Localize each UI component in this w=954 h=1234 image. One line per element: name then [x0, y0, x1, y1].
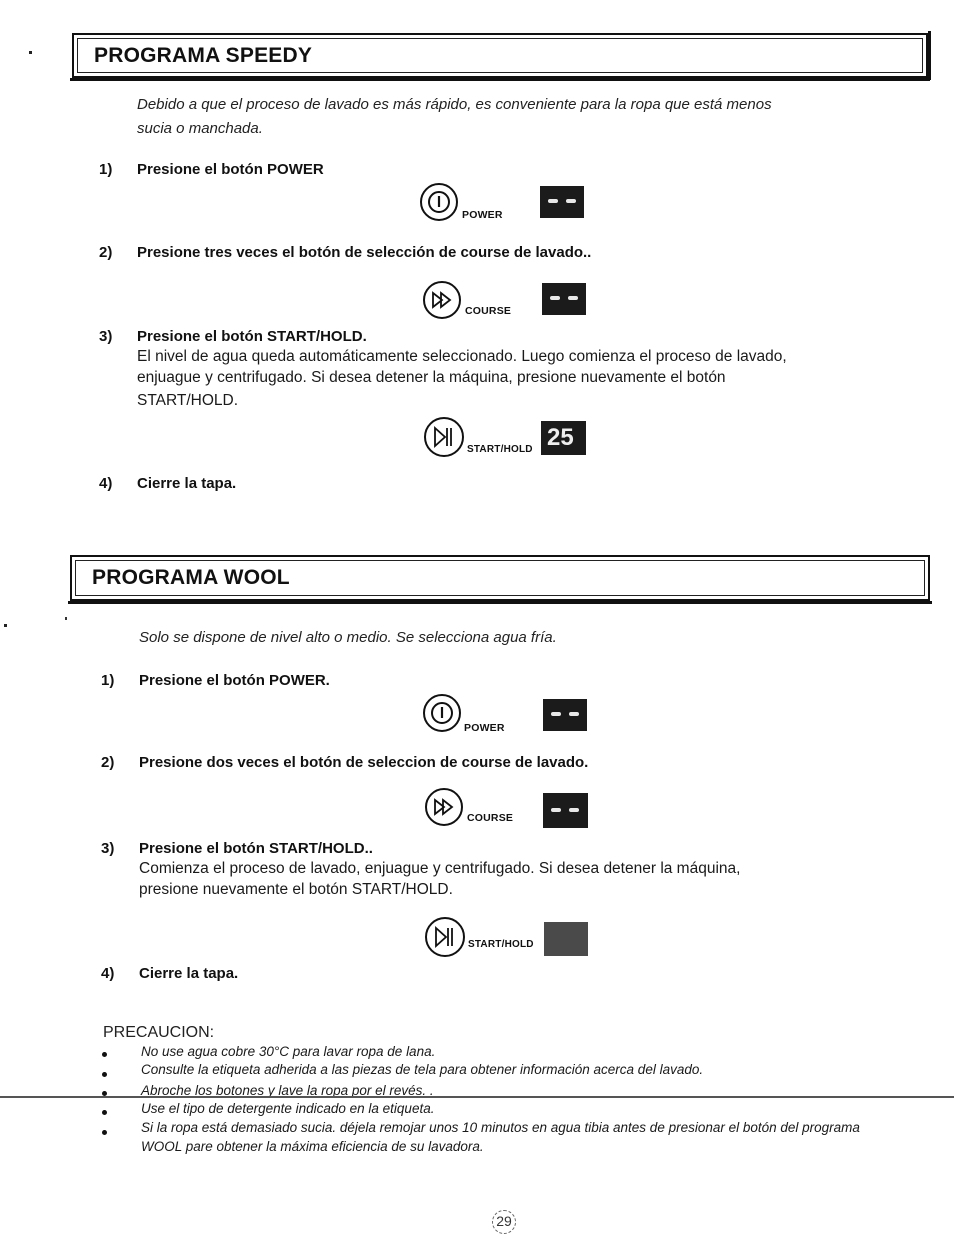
divider-line: [0, 1096, 954, 1098]
speedy-intro-line-2: sucia o manchada.: [137, 118, 263, 139]
step-number: 2): [101, 754, 114, 771]
bullet-icon: [102, 1130, 107, 1135]
scan-speck: [65, 617, 67, 620]
display-panel: [543, 793, 588, 828]
step-body-line: Comienza el proceso de lavado, enjuague …: [139, 858, 740, 879]
display-panel: [543, 699, 587, 731]
button-label: COURSE: [467, 812, 513, 824]
power-icon: [425, 696, 459, 730]
display-panel: [542, 283, 586, 315]
step-title: Presione el botón POWER: [137, 161, 324, 178]
power-icon: [422, 185, 456, 219]
precaution-item: No use agua cobre 30°C para lavar ropa d…: [141, 1044, 435, 1059]
step-number: 2): [99, 244, 112, 261]
section-header-speedy: PROGRAMA SPEEDY: [72, 33, 928, 78]
start-hold-button-icon[interactable]: [424, 417, 464, 457]
bullet-icon: [102, 1110, 107, 1115]
display-panel: [544, 922, 588, 956]
precaution-item: Si la ropa está demasiado sucia. déjela …: [141, 1120, 860, 1135]
step-body-line: presione nuevamente el botón START/HOLD.: [139, 879, 453, 900]
step-title: Presione tres veces el botón de selecció…: [137, 244, 591, 261]
button-label: POWER: [462, 209, 503, 221]
speedy-intro-line-1: Debido a que el proceso de lavado es más…: [137, 94, 772, 115]
step-title: Presione dos veces el botón de seleccion…: [139, 754, 588, 771]
display-panel: [540, 186, 584, 218]
button-label: START/HOLD: [467, 444, 533, 455]
bullet-icon: [102, 1052, 107, 1057]
step-number: 4): [99, 475, 112, 492]
page-number: 29: [492, 1210, 516, 1234]
step-title: Presione el botón START/HOLD..: [139, 840, 373, 857]
course-button-icon[interactable]: [425, 788, 463, 826]
button-label: POWER: [464, 722, 505, 734]
step-number: 4): [101, 965, 114, 982]
step-title: Cierre la tapa.: [139, 965, 238, 982]
button-label: START/HOLD: [468, 939, 534, 950]
wool-intro: Solo se dispone de nivel alto o medio. S…: [139, 627, 557, 648]
play-pause-icon: [426, 419, 462, 455]
course-button-icon[interactable]: [423, 281, 461, 319]
step-number: 3): [99, 328, 112, 345]
fast-forward-icon: [427, 790, 461, 824]
display-value: 25: [547, 423, 574, 453]
section-title: PROGRAMA WOOL: [92, 566, 290, 590]
step-body-line: El nivel de agua queda automáticamente s…: [137, 346, 787, 367]
start-hold-button-icon[interactable]: [425, 917, 465, 957]
precaution-title: PRECAUCION:: [103, 1024, 214, 1042]
display-panel: 25: [541, 421, 586, 455]
step-body-line: enjuague y centrifugado. Si desea detene…: [137, 367, 726, 388]
step-title: Cierre la tapa.: [137, 475, 236, 492]
scan-speck: [29, 51, 32, 54]
precaution-item: Consulte la etiqueta adherida a las piez…: [141, 1062, 703, 1077]
button-label: COURSE: [465, 305, 511, 317]
bullet-icon: [102, 1072, 107, 1077]
section-header-wool: PROGRAMA WOOL: [70, 555, 930, 601]
section-title: PROGRAMA SPEEDY: [94, 44, 312, 68]
step-title: Presione el botón POWER.: [139, 672, 330, 689]
step-number: 3): [101, 840, 114, 857]
play-pause-icon: [427, 919, 463, 955]
step-body-line: START/HOLD.: [137, 390, 238, 411]
scan-speck: [4, 624, 7, 627]
fast-forward-icon: [425, 283, 459, 317]
precaution-item-continued: WOOL pare obtener la máxima eficiencia d…: [141, 1139, 484, 1154]
precaution-item: Use el tipo de detergente indicado en la…: [141, 1101, 434, 1116]
power-button-icon[interactable]: [423, 694, 461, 732]
step-title: Presione el botón START/HOLD.: [137, 328, 367, 345]
step-number: 1): [99, 161, 112, 178]
step-number: 1): [101, 672, 114, 689]
power-button-icon[interactable]: [420, 183, 458, 221]
